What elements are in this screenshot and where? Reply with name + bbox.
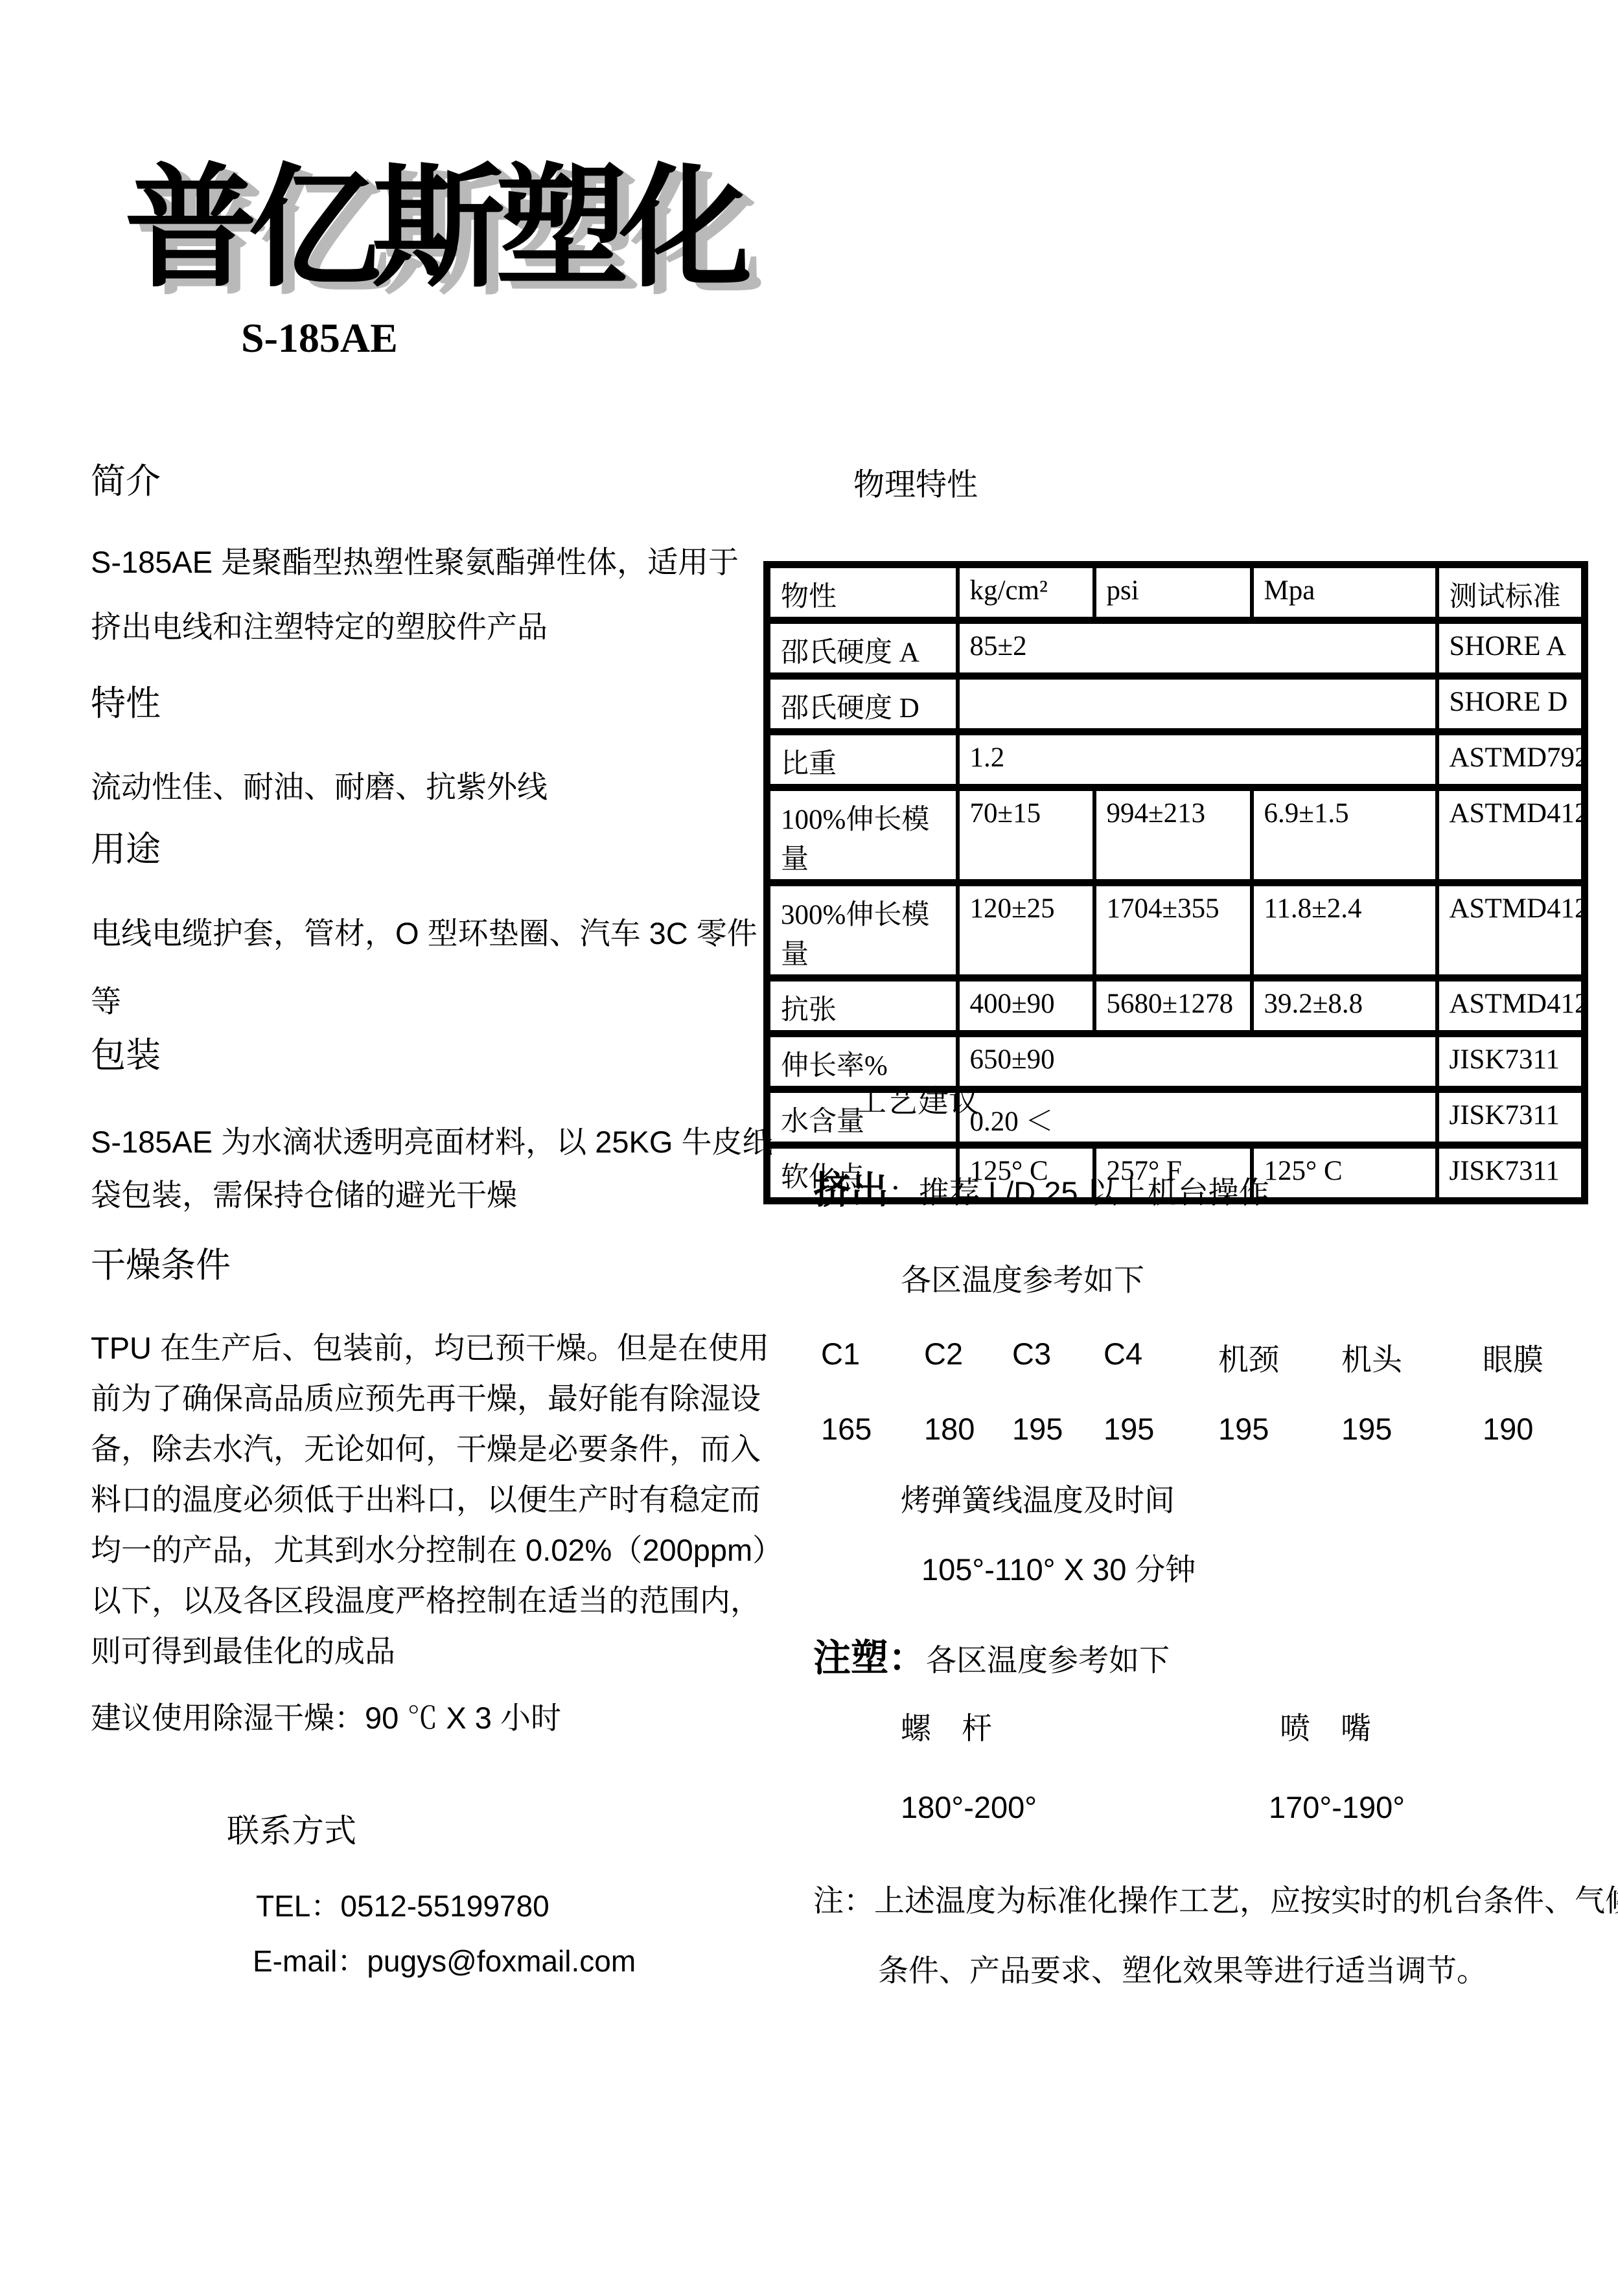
zone-header: 机头 [1341,1336,1402,1379]
company-logo: 普亿斯塑化 [124,163,743,296]
section-heading-intro: 简介 [91,461,161,501]
drying-advice-line: 建议使用除湿干燥：90 ℃ X 3 小时 [91,1686,779,1751]
cell-standard: JISK7311 [1437,1145,1585,1201]
injection-line: 注塑：各区温度参考如下 [813,1627,1170,1682]
zone-header: 眼膜 [1483,1336,1543,1379]
zone-header: 机颈 [1218,1336,1279,1379]
injection-desc: 各区温度参考如下 [926,1643,1170,1677]
cell-psi: 1704±355 [1094,883,1252,978]
cell-value: 0.20 ＜ [958,1090,1437,1145]
contact-tel: TEL：0512-55199780 [256,1888,549,1924]
cell-standard: ASTMD412 [1437,978,1585,1034]
cell-value: 650±90 [958,1034,1437,1090]
table-row-modulus-100: 100%伸长模量 70±15 994±213 6.9±1.5 ASTMD412 [767,788,1585,883]
drying-paragraph: TPU 在生产后、包装前，均已预干燥。但是在使用前为了确保高品质应预先再干燥，最… [91,1323,779,1677]
cell-label: 伸长率% [767,1034,958,1090]
table-row-specific-gravity: 比重 1.2 ASTMD792 [767,732,1585,788]
table-row-shore-a: 邵氏硬度 A 85±2 SHORE A [767,621,1585,676]
cell-standard: JISK7311 [1437,1090,1585,1145]
cell-mpa: 39.2±8.8 [1252,978,1437,1034]
process-note: 注：上述温度为标准化操作工艺，应按实时的机台条件、气候条件、产品要求、塑化效果等… [813,1866,1618,2006]
features-paragraph: 流动性佳、耐油、耐磨、抗紫外线 [91,755,768,820]
table-row-shore-d: 邵氏硬度 D SHORE D [767,676,1585,732]
zone-temp: 195 [1218,1411,1269,1447]
cell-standard: SHORE A [1437,621,1585,676]
cell-psi: 994±213 [1094,788,1252,883]
table-header-row: 物性 kg/cm² psi Mpa 测试标准 [767,565,1585,621]
zone-temp-row: 165 180 195 195 195 195 190 [821,1411,1592,1450]
intro-paragraph: S-185AE 是聚酯型热塑性聚氨酯弹性体，适用于挤出电线和注塑特定的塑胶件产品 [91,530,768,660]
cell-label: 比重 [767,732,958,788]
datasheet-page: 普亿斯塑化 S-185AE 简介 S-185AE 是聚酯型热塑性聚氨酯弹性体，适… [0,0,1618,2296]
zone-header: C4 [1104,1336,1142,1372]
cell-standard: ASTMD412 [1437,883,1585,978]
packaging-paragraph: S-185AE 为水滴状透明亮面材料，以 25KG 牛皮纸袋包装，需保持仓储的避… [91,1116,778,1222]
zone-temp: 180 [924,1411,975,1447]
section-heading-process: 工艺建议 [855,1083,980,1121]
table-row-elongation: 伸长率% 650±90 JISK7311 [767,1034,1585,1090]
cell-mpa: 6.9±1.5 [1252,788,1437,883]
uses-paragraph: 电线电缆护套，管材，O 型环垫圈、汽车 3C 零件等 [91,899,768,1035]
zone-temp: 195 [1341,1411,1392,1447]
extrusion-line: 挤出：推荐 L/D 25 以上机台操作 [813,1160,1269,1214]
product-code-title: S-185AE [241,317,398,359]
section-heading-physical: 物理特性 [853,466,978,504]
cell-label: 300%伸长模量 [767,883,958,978]
spring-wire-temp: 105°-110° X 30 分钟 [921,1552,1196,1588]
extrusion-label: 挤出 [813,1169,888,1211]
zone-header: C3 [1012,1336,1051,1372]
cell-kg: 120±25 [958,883,1094,978]
col-header-mpa: Mpa [1252,565,1437,621]
zone-header: C1 [821,1336,860,1372]
col-header-psi: psi [1094,565,1252,621]
cell-label: 抗张 [767,978,958,1034]
table-row-modulus-300: 300%伸长模量 120±25 1704±355 11.8±2.4 ASTMD4… [767,883,1585,978]
cell-standard: JISK7311 [1437,1034,1585,1090]
zone-header: C2 [924,1336,963,1372]
cell-label: 邵氏硬度 D [767,676,958,732]
zone-temp: 195 [1012,1411,1063,1447]
cell-standard: ASTMD412 [1437,788,1585,883]
screw-temp: 180°-200° [901,1789,1037,1826]
col-header-standard: 测试标准 [1437,565,1585,621]
contact-email: E-mail：pugys@foxmail.com [253,1944,636,1979]
extrusion-desc: ：推荐 L/D 25 以上机台操作 [888,1175,1269,1210]
cell-label: 邵氏硬度 A [767,621,958,676]
section-heading-features: 特性 [91,683,161,724]
extrusion-zones-note: 各区温度参考如下 [901,1262,1144,1298]
zone-temp: 190 [1483,1411,1533,1447]
nozzle-label: 喷 嘴 [1280,1710,1371,1747]
section-heading-drying: 干燥条件 [91,1245,231,1285]
cell-value: 1.2 [958,732,1437,788]
zone-temp: 195 [1104,1411,1154,1447]
section-heading-uses: 用途 [91,829,161,869]
cell-value: 85±2 [958,621,1437,676]
zone-temp: 165 [821,1411,872,1447]
nozzle-temp: 170°-190° [1269,1789,1405,1826]
spring-wire-note: 烤弹簧线温度及时间 [901,1482,1175,1519]
cell-mpa: 11.8±2.4 [1252,883,1437,978]
col-header-property: 物性 [767,565,958,621]
cell-kg: 70±15 [958,788,1094,883]
cell-standard: ASTMD792 [1437,732,1585,788]
table-row-tensile: 抗张 400±90 5680±1278 39.2±8.8 ASTMD412 [767,978,1585,1034]
injection-label: 注塑： [813,1637,926,1679]
zone-header-row: C1 C2 C3 C4 机颈 机头 眼膜 [821,1336,1592,1375]
contact-heading: 联系方式 [227,1811,356,1850]
cell-kg: 400±90 [958,978,1094,1034]
cell-value [958,676,1437,732]
cell-standard: SHORE D [1437,676,1585,732]
cell-mpa: 125° C [1252,1145,1437,1201]
section-heading-packaging: 包装 [91,1035,161,1075]
screw-label: 螺 杆 [901,1710,992,1747]
col-header-kgcm2: kg/cm² [958,565,1094,621]
cell-psi: 5680±1278 [1094,978,1252,1034]
cell-label: 100%伸长模量 [767,788,958,883]
